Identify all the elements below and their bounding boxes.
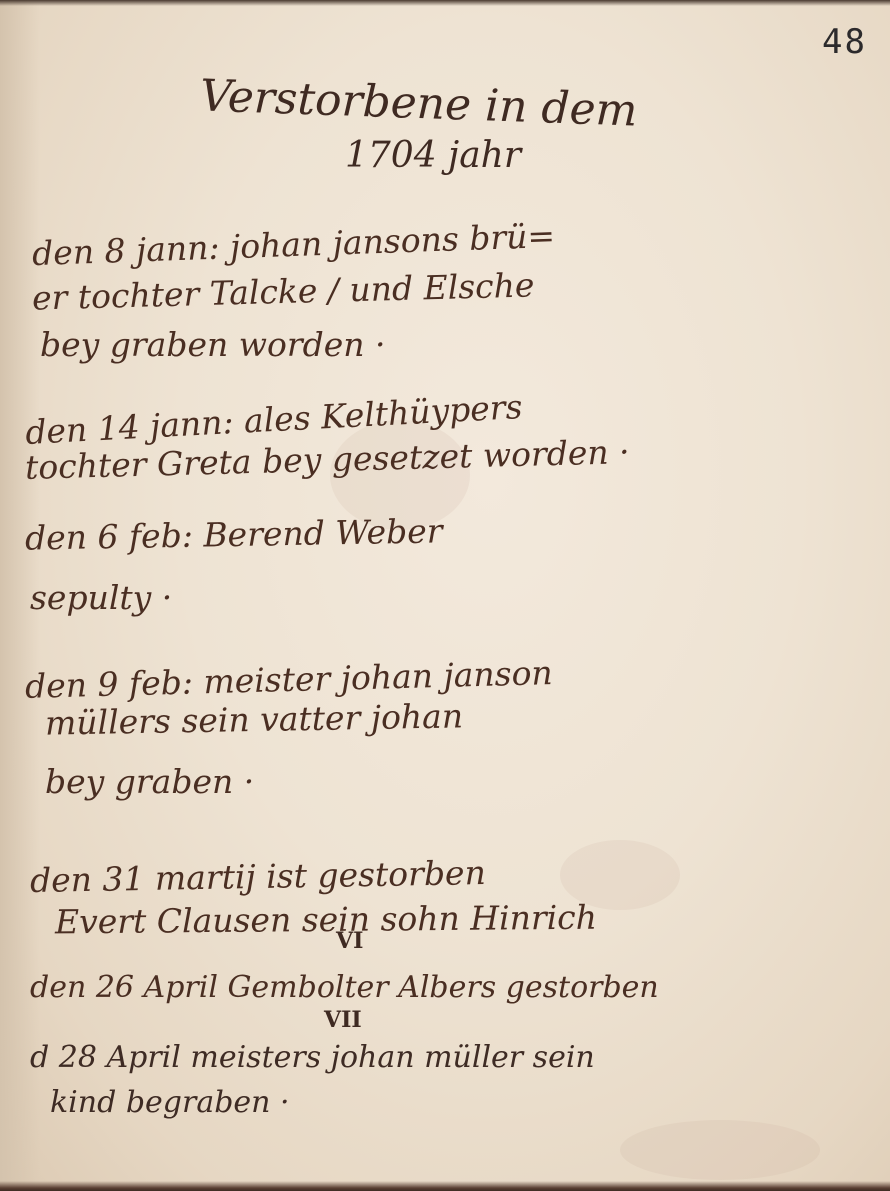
entry-1-line-1: den 8 jann: johan jansons brü= [31, 216, 555, 273]
entry-1-line-3: bey graben worden · [40, 325, 386, 364]
entry-5-line-2: Evert Clausen sein sohn Hinrich [55, 898, 597, 942]
folio-number: 48 [822, 22, 867, 62]
entry-7-line-2: kind begraben · [50, 1085, 290, 1120]
entry-3-line-1: den 6 feb: Berend Weber [25, 511, 443, 557]
page-title-line-1: Verstorbene in dem [199, 70, 638, 136]
entry-7-line-1: d 28 April meisters johan müller sein [30, 1040, 595, 1075]
entry-4-line-2: müllers sein vatter johan [45, 696, 464, 742]
marginal-numeral-vi: VI [336, 928, 363, 954]
page-title-line-2: 1704 jahr [345, 135, 521, 176]
marginal-numeral-vii: VII [324, 1007, 362, 1033]
entry-6-line-1: den 26 April Gembolter Albers gestorben [30, 970, 659, 1005]
entry-3-line-2: sepulty · [30, 578, 172, 617]
entry-5-line-1: den 31 martij ist gestorben [30, 853, 486, 900]
page-top-edge [0, 0, 890, 6]
paper-stain [620, 1120, 820, 1180]
entry-1-line-2: er tochter Talcke / und Elsche [32, 265, 535, 317]
entry-4-line-1: den 9 feb: meister johan janson [25, 653, 554, 706]
entry-4-line-3: bey graben · [45, 762, 254, 801]
manuscript-page: 48 Verstorbene in dem 1704 jahr den 8 ja… [0, 0, 890, 1191]
